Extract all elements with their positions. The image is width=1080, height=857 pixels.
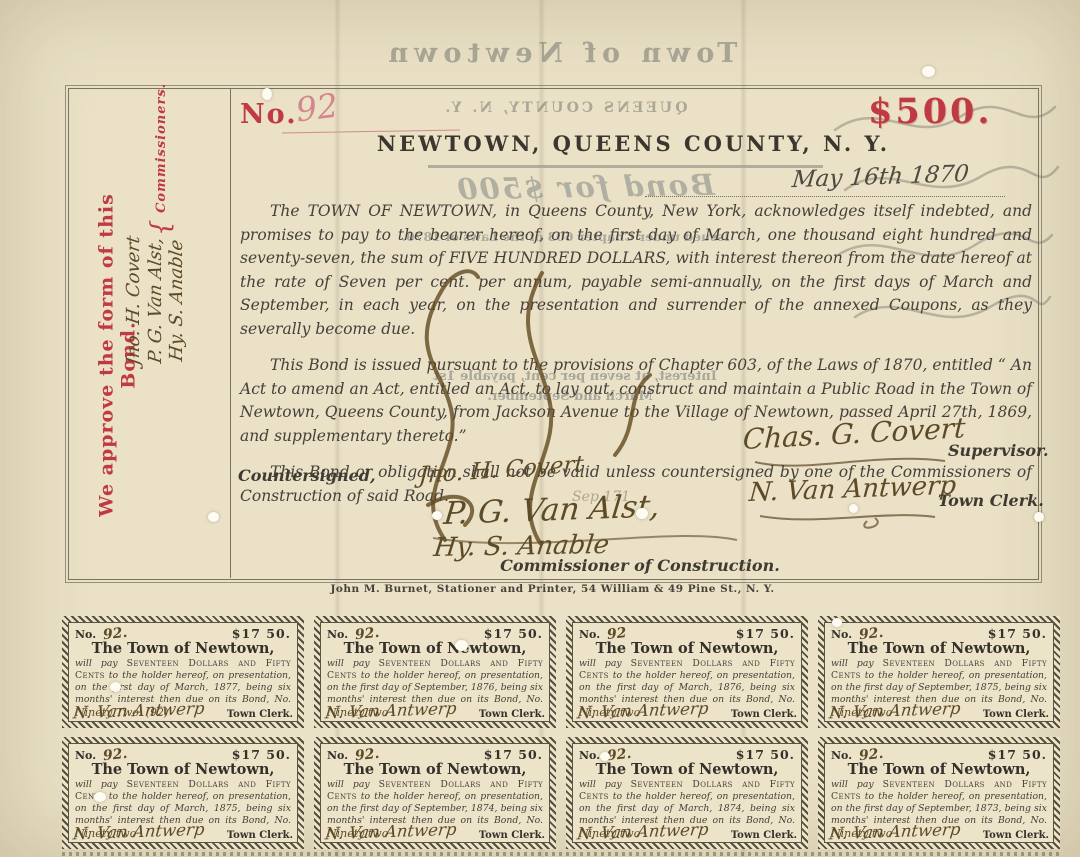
interest-coupon: No. 92. $17 50. The Town of Newtown, wil… — [62, 616, 304, 728]
coupon-dayof-text: day of — [886, 803, 915, 814]
coupon-dayof-text: day of — [642, 803, 673, 814]
coupon-amount: $17 50. — [736, 626, 795, 641]
coupon-clerk-label: Town Clerk. — [227, 709, 293, 720]
coupon-signature-row: N. Van Antwerp Town Clerk. — [73, 822, 293, 841]
coupon-signature-row: N. Van Antwerp Town Clerk. — [577, 701, 797, 720]
coupon-inner-frame: No. 92. $17 50. The Town of Newtown, wil… — [320, 743, 550, 843]
coupon-dayof-text: day of — [642, 682, 673, 693]
paper-hole — [922, 66, 935, 77]
coupon-number-value: 92. — [354, 746, 380, 764]
paper-hole — [636, 508, 648, 519]
coupon-willpay-text: will pay — [327, 658, 370, 669]
coupon-signature-row: N. Van Antwerp Town Clerk. — [325, 822, 545, 841]
coupon-clerk-signature: N. Van Antwerp — [72, 820, 205, 844]
coupon-dayof-text: day of — [382, 682, 411, 693]
paper-hole — [432, 511, 442, 520]
interest-coupon: No. 92. $17 50. The Town of Newtown, wil… — [818, 616, 1060, 728]
coupon-clerk-label: Town Clerk. — [227, 830, 293, 841]
coupon-inner-frame: No. 92 $17 50. The Town of Newtown, will… — [572, 622, 802, 722]
countersigned-label: Countersigned, — [238, 466, 376, 485]
coupon-amount: $17 50. — [232, 626, 291, 641]
partial-coupon-row-edge — [62, 852, 1060, 856]
paragraph-obligation: The TOWN OF NEWTOWN, in Queens County, N… — [240, 200, 1032, 341]
coupon-amount: $17 50. — [232, 747, 291, 762]
certificate-title: NEWTOWN, QUEENS COUNTY, N. Y. — [230, 131, 1037, 156]
coupon-signature-row: N. Van Antwerp Town Clerk. — [577, 822, 797, 841]
coupon-signature-row: N. Van Antwerp Town Clerk. — [829, 822, 1049, 841]
coupon-clerk-signature: N. Van Antwerp — [828, 820, 961, 844]
coupon-due-date: September, 1873, — [918, 803, 1001, 814]
coupon-clerk-label: Town Clerk. — [479, 709, 545, 720]
bond-number-label: No. — [240, 99, 298, 130]
printer-imprint: John M. Burnet, Stationer and Printer, 5… — [68, 583, 1037, 595]
coupon-number-value: 92. — [354, 625, 380, 643]
coupon-number-value: 92. — [102, 625, 128, 643]
coupon-willpay-text: will pay — [831, 779, 874, 790]
coupon-willpay-text: will pay — [75, 779, 118, 790]
coupon-willpay-text: will pay — [75, 658, 118, 669]
coupon-amount: $17 50. — [484, 747, 543, 762]
coupon-amount: $17 50. — [484, 626, 543, 641]
coupon-number-value: 92. — [102, 746, 128, 764]
interest-coupon: No. 92. $17 50. The Town of Newtown, wil… — [314, 616, 556, 728]
paper-hole — [262, 88, 272, 100]
coupon-inner-frame: No. 92. $17 50. The Town of Newtown, wil… — [824, 743, 1054, 843]
coupon-due-date: September, 1875, — [918, 682, 1001, 693]
coupon-clerk-label: Town Clerk. — [479, 830, 545, 841]
interest-coupon: No. 92 $17 50. The Town of Newtown, will… — [566, 616, 808, 728]
coupon-clerk-label: Town Clerk. — [731, 830, 797, 841]
paper-hole — [110, 682, 121, 692]
paper-hole — [94, 792, 106, 802]
coupon-due-date: September, 1876, — [414, 682, 497, 693]
coupon-number-value: 92. — [858, 746, 884, 764]
coupon-clerk-signature: N. Van Antwerp — [324, 699, 457, 723]
coupon-willpay-text: will pay — [579, 779, 622, 790]
paper-hole — [455, 640, 468, 651]
countersign-signature-2: P. G. Van Alst, — [442, 488, 662, 532]
coupon-willpay-text: will pay — [579, 658, 622, 669]
paper-hole — [208, 512, 219, 522]
coupon-willpay-text: will pay — [831, 658, 874, 669]
denomination: $500. — [868, 91, 993, 132]
paper-hole — [1034, 512, 1044, 522]
coupon-willpay-text: will pay — [327, 779, 370, 790]
coupon-number-value: 92 — [606, 625, 627, 643]
coupon-clerk-signature: N. Van Antwerp — [828, 699, 961, 723]
interest-coupon: No. 92. $17 50. The Town of Newtown, wil… — [818, 737, 1060, 849]
brace-glyph: { — [146, 218, 176, 236]
coupon-due-date: March, 1876, — [679, 682, 745, 693]
supervisor-title: Supervisor. — [948, 441, 1049, 460]
coupon-dayof-text: day of — [382, 803, 411, 814]
bond-number-value: 92 — [294, 86, 340, 130]
coupon-clerk-signature: N. Van Antwerp — [324, 820, 457, 844]
coupon-row-2: No. 92. $17 50. The Town of Newtown, wil… — [62, 737, 1060, 849]
commissioners-text: Commissioners. — [154, 83, 169, 213]
coupon-due-date: March, 1874, — [679, 803, 745, 814]
paper-hole — [849, 504, 858, 513]
coupon-inner-frame: No. 92. $17 50. The Town of Newtown, wil… — [68, 622, 298, 722]
coupon-inner-frame: No. 92. $17 50. The Town of Newtown, wil… — [824, 622, 1054, 722]
sidebar-commissioners-label: { Commissioners. — [146, 76, 174, 236]
coupon-clerk-label: Town Clerk. — [731, 709, 797, 720]
coupon-amount: $17 50. — [736, 747, 795, 762]
bleedthrough-top-title: Town of Newtown — [330, 38, 790, 69]
coupon-signature-row: N. Van Antwerp Town Clerk. — [73, 701, 293, 720]
coupon-due-date: March, 1877, — [175, 682, 241, 693]
coupon-dayof-text: day of — [886, 682, 915, 693]
coupon-amount: $17 50. — [988, 626, 1047, 641]
coupon-signature-row: N. Van Antwerp Town Clerk. — [325, 701, 545, 720]
coupon-dayof-text: day of — [138, 803, 169, 814]
coupon-clerk-label: Town Clerk. — [983, 709, 1049, 720]
coupon-clerk-label: Town Clerk. — [983, 830, 1049, 841]
coupon-due-date: March, 1875, — [175, 803, 241, 814]
commissioner-of-construction-label: Commissioner of Construction. — [430, 556, 850, 575]
interest-coupon: No. 92. $17 50. The Town of Newtown, wil… — [314, 737, 556, 849]
sidebar-signature-1: Jno. H. Covert — [123, 144, 145, 457]
coupon-inner-frame: No. 92. $17 50. The Town of Newtown, wil… — [320, 622, 550, 722]
coupon-number-value: 92. — [858, 625, 884, 643]
coupon-dayof-text: day of — [138, 682, 169, 693]
coupon-number-value: 92. — [606, 746, 632, 764]
title-rule — [428, 165, 823, 168]
coupon-row-1: No. 92. $17 50. The Town of Newtown, wil… — [62, 616, 1060, 728]
paper-hole — [600, 752, 610, 761]
paper-hole — [832, 618, 842, 627]
bond-certificate-scan: Town of Newtown QUEENS COUNTY, N. Y. Bon… — [0, 0, 1080, 857]
coupon-due-date: September, 1874, — [414, 803, 497, 814]
sidebar-divider-line — [230, 88, 231, 578]
coupon-clerk-signature: N. Van Antwerp — [576, 820, 709, 844]
coupon-clerk-signature: N. Van Antwerp — [576, 699, 709, 723]
coupon-clerk-signature: N. Van Antwerp — [72, 699, 205, 723]
town-clerk-title: Town Clerk. — [938, 491, 1044, 510]
coupon-amount: $17 50. — [988, 747, 1047, 762]
coupon-signature-row: N. Van Antwerp Town Clerk. — [829, 701, 1049, 720]
